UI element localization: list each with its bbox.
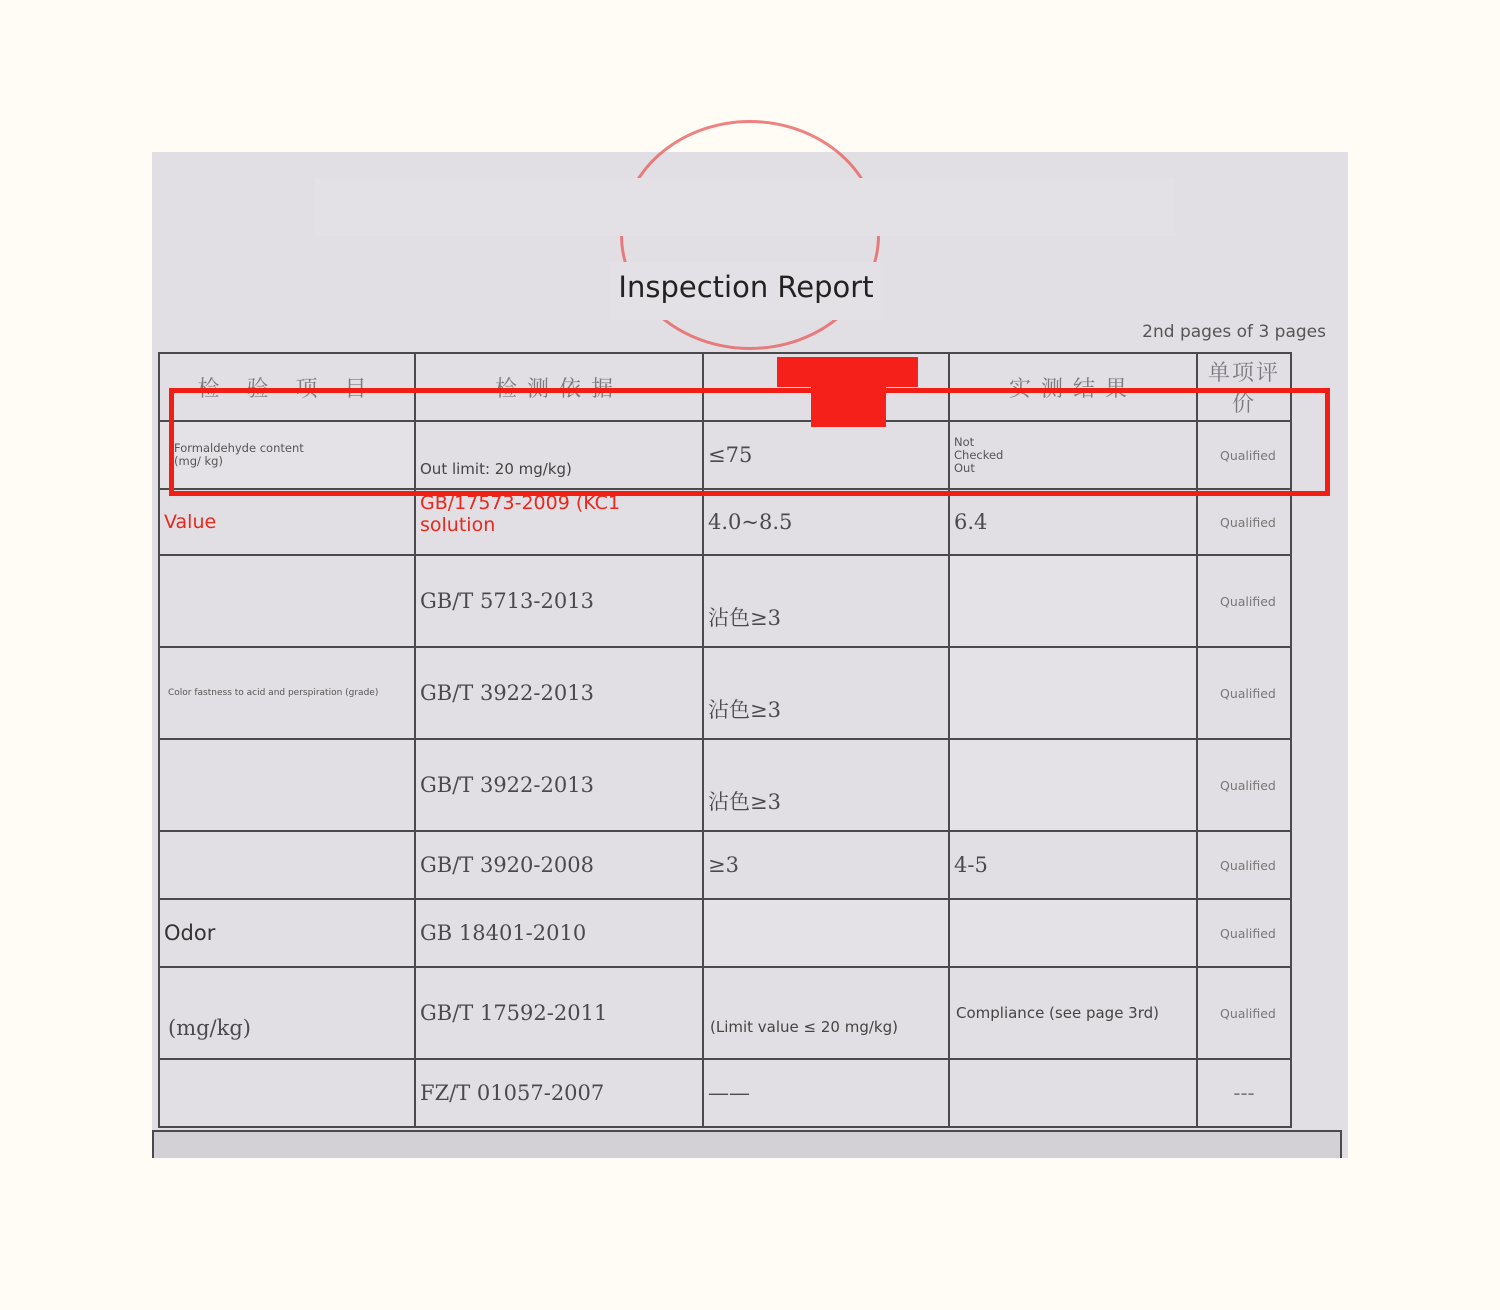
redaction-block — [811, 387, 886, 427]
redaction-mask — [315, 178, 1175, 236]
cell-result — [949, 647, 1197, 739]
cell-limit: ≥3 — [703, 831, 949, 899]
cell-limit: (Limit value ≤ 20 mg/kg) — [703, 967, 949, 1059]
cell-basis: GB/T 5713-2013 — [415, 555, 703, 647]
cell-item — [159, 739, 415, 831]
highlight-frame — [169, 388, 1330, 496]
cell-result — [949, 1059, 1197, 1127]
cell-basis: GB/T 17592-2011 — [415, 967, 703, 1059]
cell-result — [949, 739, 1197, 831]
table-row: Color fastness to acid and perspiration … — [159, 647, 1291, 739]
cell-item — [159, 555, 415, 647]
table-footer-strip — [152, 1130, 1342, 1158]
cell-basis: GB 18401-2010 — [415, 899, 703, 967]
cell-evaluation: Qualified — [1197, 489, 1291, 555]
table-row: GB/T 5713-2013 沾色≥3 Qualified — [159, 555, 1291, 647]
cell-basis: GB/T 3920-2008 — [415, 831, 703, 899]
cell-evaluation: Qualified — [1197, 899, 1291, 967]
cell-result — [949, 899, 1197, 967]
cell-item: (mg/kg) — [159, 967, 415, 1059]
cell-limit — [703, 899, 949, 967]
cell-limit: 4.0~8.5 — [703, 489, 949, 555]
cell-basis: GB/T 3922-2013 — [415, 647, 703, 739]
table-row: GB/T 3922-2013 沾色≥3 Qualified — [159, 739, 1291, 831]
cell-limit: 沾色≥3 — [703, 647, 949, 739]
table-row: GB/T 3920-2008 ≥3 4-5 Qualified — [159, 831, 1291, 899]
cell-basis: GB/T 3922-2013 — [415, 739, 703, 831]
cell-basis: FZ/T 01057-2007 — [415, 1059, 703, 1127]
cell-item — [159, 831, 415, 899]
cell-item: Color fastness to acid and perspiration … — [159, 647, 415, 739]
page-indicator: 2nd pages of 3 pages — [1142, 322, 1326, 342]
table-row: (mg/kg) GB/T 17592-2011 (Limit value ≤ 2… — [159, 967, 1291, 1059]
cell-evaluation: --- — [1197, 1059, 1291, 1127]
cell-item: Value — [159, 489, 415, 555]
cell-item: Odor — [159, 899, 415, 967]
table-row: FZ/T 01057-2007 —— --- — [159, 1059, 1291, 1127]
cell-result — [949, 555, 1197, 647]
cell-evaluation: Qualified — [1197, 739, 1291, 831]
cell-result: 4-5 — [949, 831, 1197, 899]
cell-evaluation: Qualified — [1197, 647, 1291, 739]
cell-evaluation: Qualified — [1197, 555, 1291, 647]
cell-result: 6.4 — [949, 489, 1197, 555]
cell-evaluation: Qualified — [1197, 831, 1291, 899]
cell-limit: —— — [703, 1059, 949, 1127]
cell-limit: 沾色≥3 — [703, 739, 949, 831]
redaction-block — [777, 357, 918, 387]
cell-limit: 沾色≥3 — [703, 555, 949, 647]
cell-result: Compliance (see page 3rd) — [949, 967, 1197, 1059]
cell-evaluation: Qualified — [1197, 967, 1291, 1059]
page-title: Inspection Report — [610, 262, 882, 320]
table-row: Odor GB 18401-2010 Qualified — [159, 899, 1291, 967]
cell-item — [159, 1059, 415, 1127]
cell-basis: GB/17573-2009 (KC1 solution — [415, 489, 703, 555]
table-row: Value GB/17573-2009 (KC1 solution 4.0~8.… — [159, 489, 1291, 555]
